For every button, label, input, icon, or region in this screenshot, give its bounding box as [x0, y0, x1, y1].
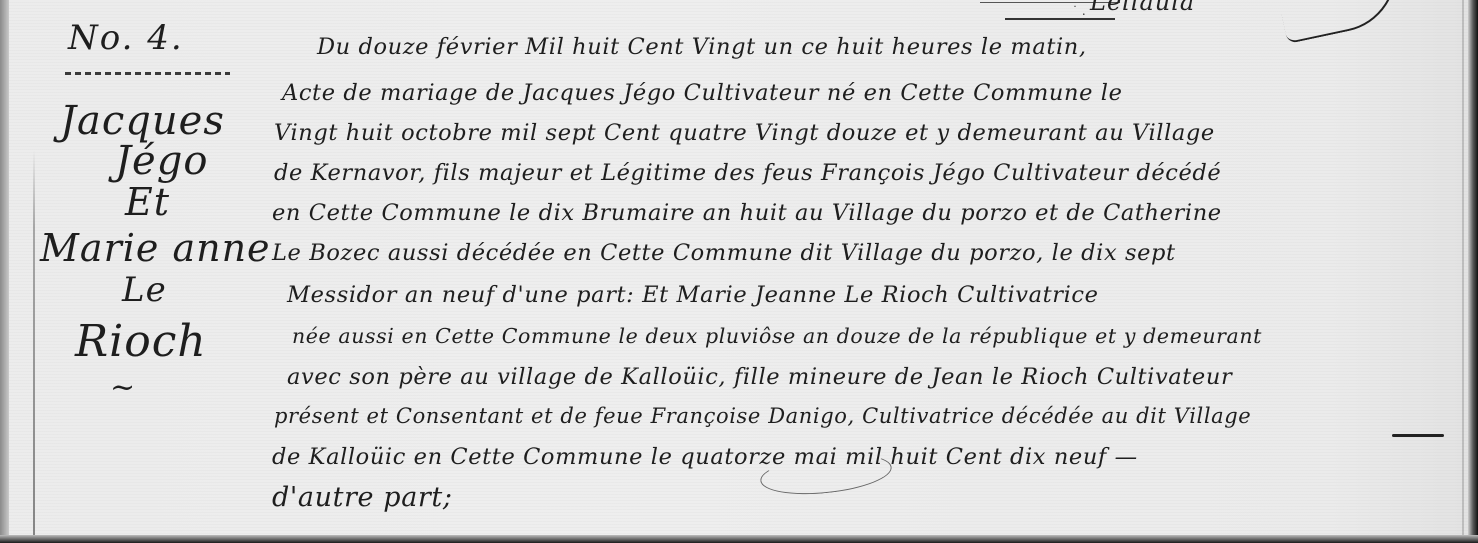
entry-number-underline — [65, 68, 230, 78]
act-line-closing: d'autre part; — [272, 482, 453, 513]
margin-flourish-icon: ~ — [110, 370, 136, 405]
page-fold-line — [1462, 0, 1464, 543]
previous-entry-flourish-icon — [1275, 0, 1407, 44]
act-line: Le Bozec aussi décédée en Cette Commune … — [272, 240, 1176, 266]
act-line: avec son père au village de Kalloüic, fi… — [287, 364, 1232, 390]
page-right-edge — [1468, 0, 1478, 543]
bride-name-particle: Le — [122, 270, 167, 310]
previous-entry-signature-fragment: Lellaula — [1090, 0, 1195, 16]
act-line: de Kernavor, fils majeur et Légitime des… — [274, 160, 1221, 186]
act-line: Acte de mariage de Jacques Jégo Cultivat… — [282, 80, 1122, 106]
line-end-dash — [1392, 434, 1444, 437]
groom-last-name: Jégo — [115, 138, 208, 184]
entry-number: No. 4. — [68, 18, 184, 58]
previous-entry-rule — [1005, 18, 1115, 20]
act-line: Du douze février Mil huit Cent Vingt un … — [317, 34, 1087, 60]
act-line: présent et Consentant et de feue Françoi… — [274, 404, 1251, 428]
act-line: Messidor an neuf d'une part: Et Marie Je… — [287, 282, 1099, 308]
previous-entry-dots: ˙ . — [1072, 4, 1086, 18]
act-line: en Cette Commune le dix Brumaire an huit… — [272, 200, 1222, 226]
act-line: de Kalloüic en Cette Commune le quatorze… — [272, 444, 1138, 470]
bride-last-name: Rioch — [75, 316, 207, 367]
margin-conjunction: Et — [125, 180, 170, 224]
page-left-edge — [0, 0, 9, 543]
act-line: Vingt huit octobre mil sept Cent quatre … — [274, 120, 1215, 146]
bride-first-name: Marie anne — [40, 226, 271, 270]
page-bottom-edge — [0, 535, 1478, 543]
register-page: ˙ . Lellaula No. 4. Jacques Jégo Et Mari… — [0, 0, 1478, 543]
act-line: née aussi en Cette Commune le deux pluvi… — [292, 324, 1262, 348]
margin-rule-line — [33, 150, 35, 535]
